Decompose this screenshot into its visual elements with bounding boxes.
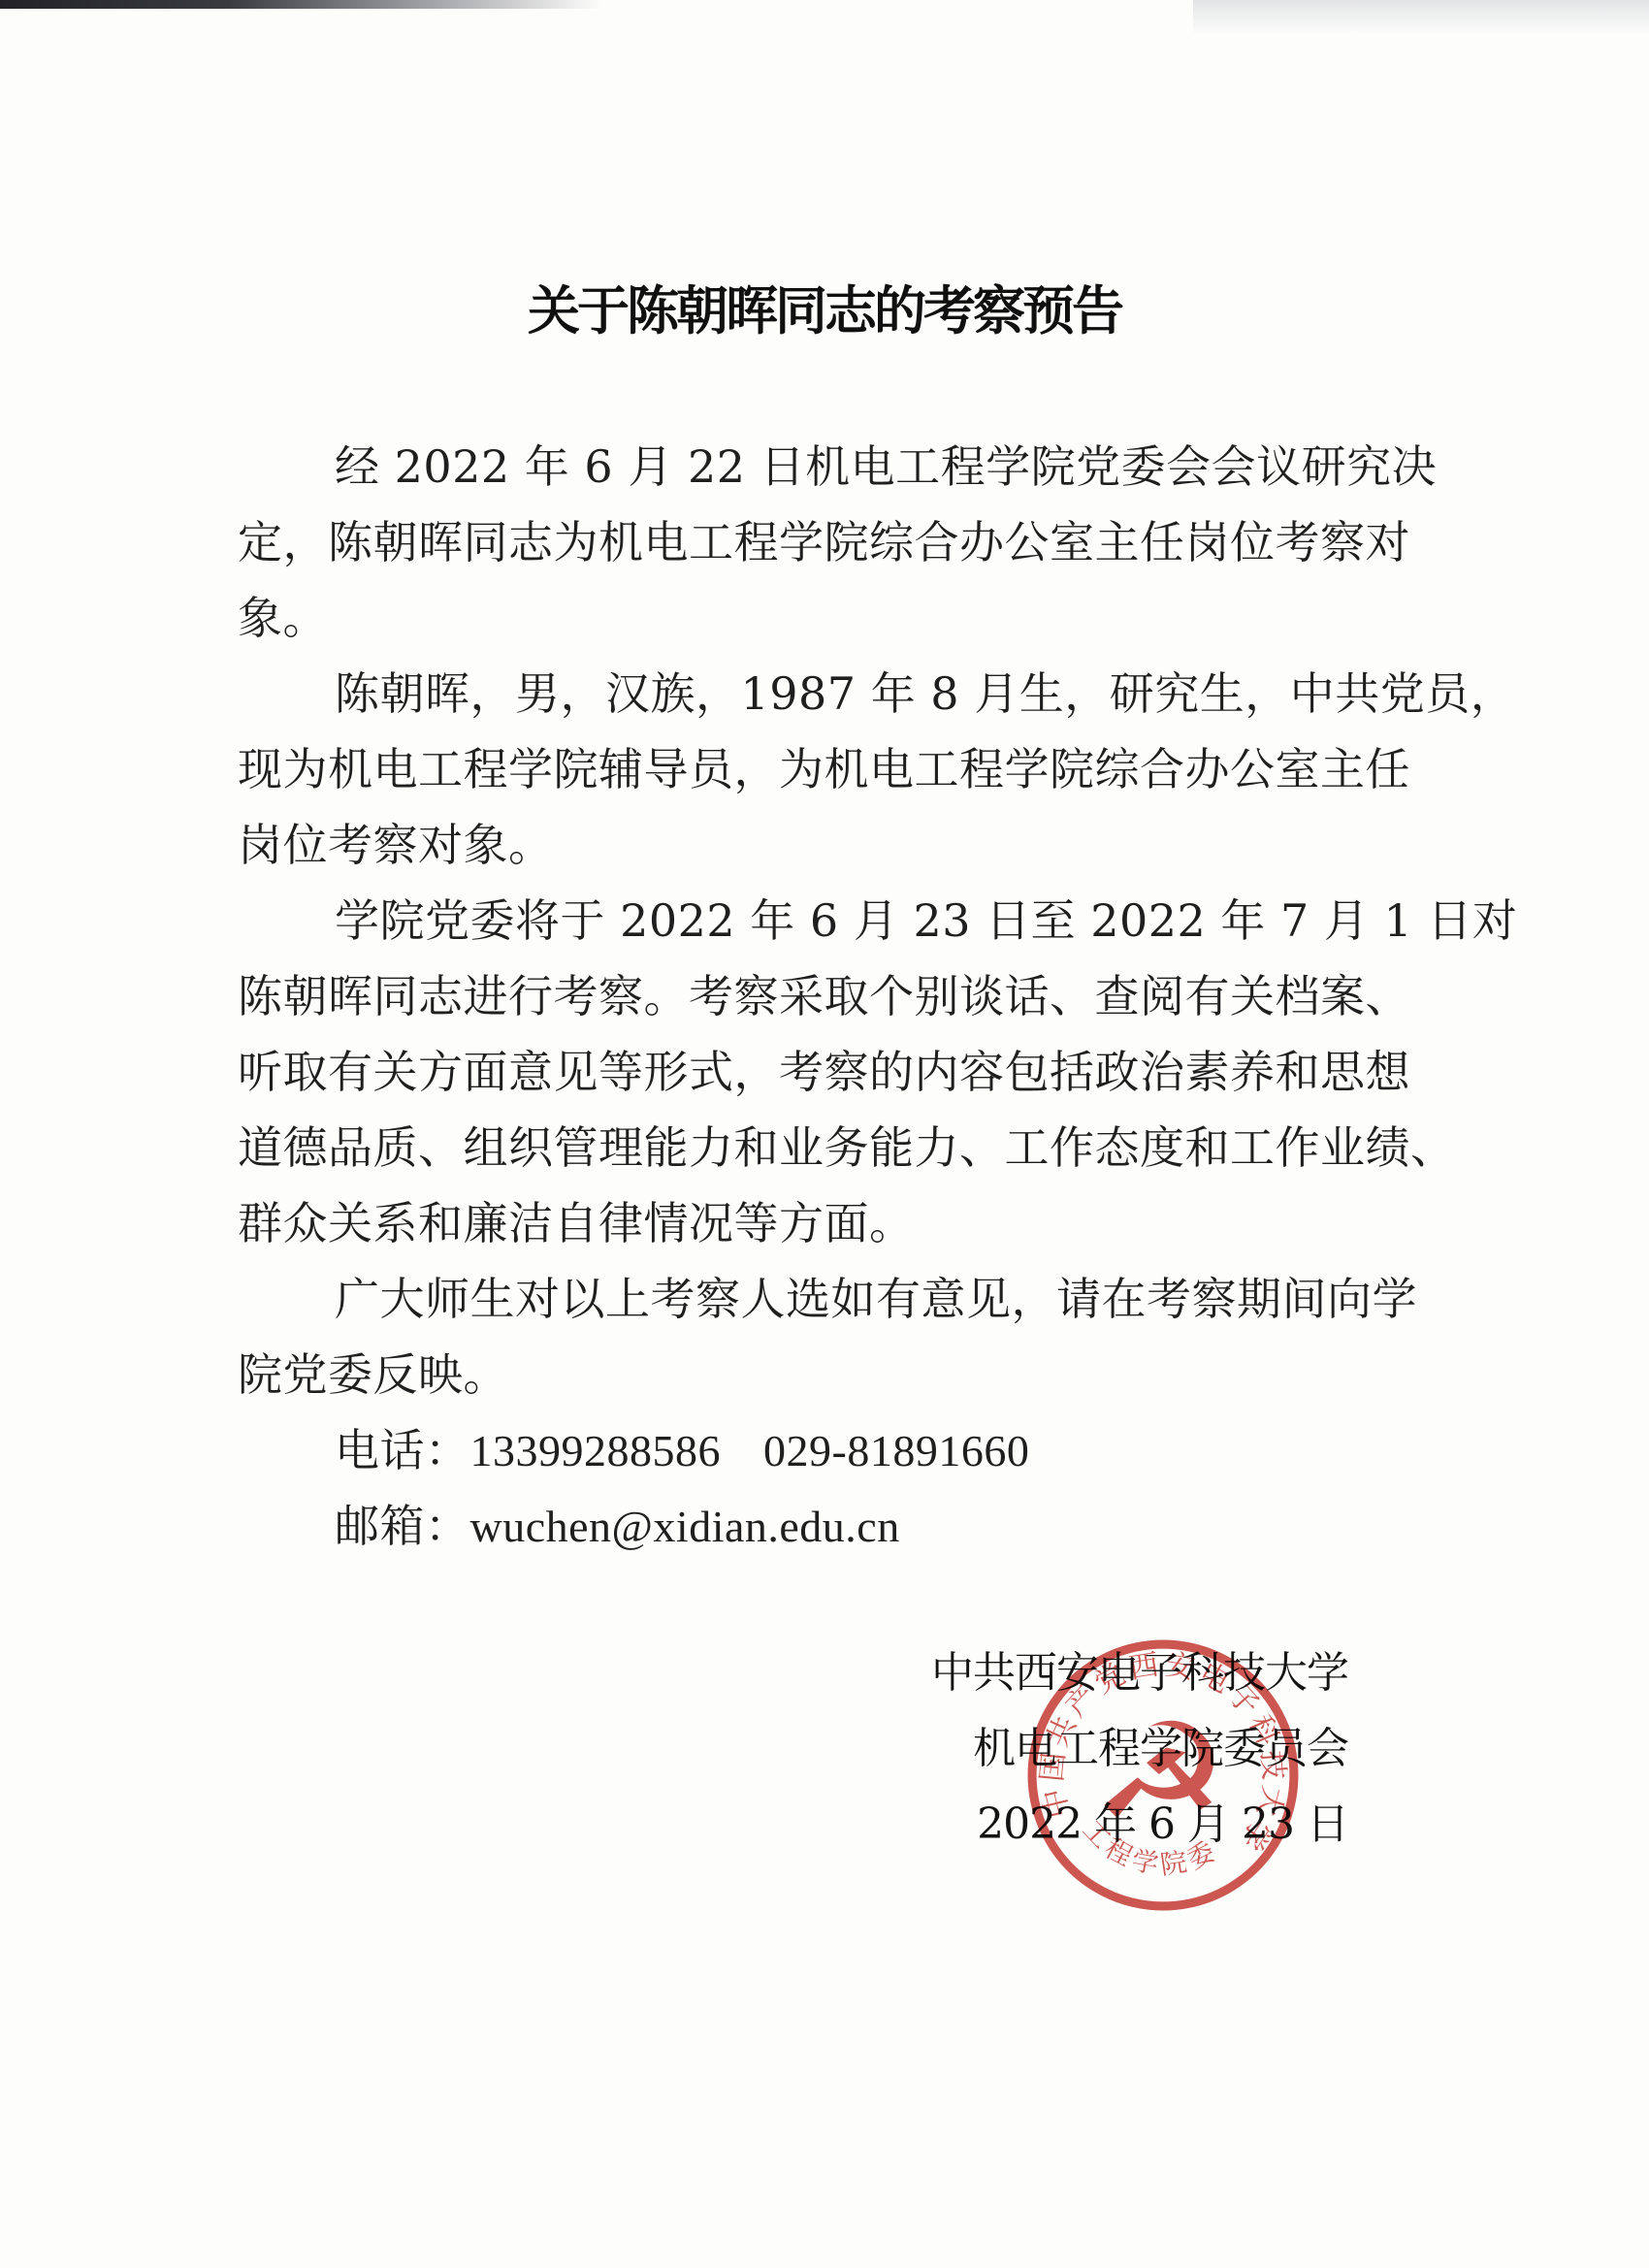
phone-label: 电话： [335,1424,470,1476]
document-page: 关于陈朝晖同志的考察预告 经 2022 年 6 月 22 日机电工程学院党委会会… [0,0,1649,2268]
official-seal: 中国共产党西安电子科技大学 ☭ 机电工程学院委员会 [999,1611,1327,1939]
body-line: 学院党委将于 2022 年 6 月 23 日至 2022 年 7 月 1 日对 [238,883,1416,958]
body-line: 群众关系和廉洁自律情况等方面。 [238,1185,1416,1261]
body-line: 陈朝晖同志进行考察。考察采取个别谈话、查阅有关档案、 [238,958,1416,1034]
body-line: 听取有关方面意见等形式，考察的内容包括政治素养和思想 [238,1034,1416,1110]
document-title: 关于陈朝晖同志的考察预告 [0,279,1649,343]
body-line: 道德品质、组织管理能力和业务能力、工作态度和工作业绩、 [238,1110,1416,1185]
body-line: 岗位考察对象。 [238,807,1416,883]
body-line: 陈朝晖，男，汉族，1987 年 8 月生，研究生，中共党员， [238,656,1416,731]
phone-office: 029-81891660 [763,1426,1029,1475]
body-line: 经 2022 年 6 月 22 日机电工程学院党委会会议研究决 [238,429,1416,504]
phone-line: 电话：13399288586029-81891660 [238,1412,1416,1488]
document-body: 经 2022 年 6 月 22 日机电工程学院党委会会议研究决定，陈朝晖同志为机… [238,429,1416,1564]
email-line: 邮箱：wuchen@xidian.edu.cn [238,1488,1416,1564]
body-line: 现为机电工程学院辅导员，为机电工程学院综合办公室主任 [238,731,1416,807]
body-line: 院党委反映。 [238,1337,1416,1412]
scan-smudge-artifact [1193,0,1649,35]
email-label: 邮箱： [335,1500,470,1552]
body-line: 广大师生对以上考察人选如有意见，请在考察期间向学 [238,1261,1416,1337]
scan-edge-artifact [0,0,601,9]
email-address: wuchen@xidian.edu.cn [470,1502,900,1551]
body-line: 定，陈朝晖同志为机电工程学院综合办公室主任岗位考察对 [238,504,1416,580]
body-line: 象。 [238,580,1416,656]
paragraphs: 经 2022 年 6 月 22 日机电工程学院党委会会议研究决定，陈朝晖同志为机… [238,429,1416,1412]
phone-mobile: 13399288586 [470,1426,722,1475]
